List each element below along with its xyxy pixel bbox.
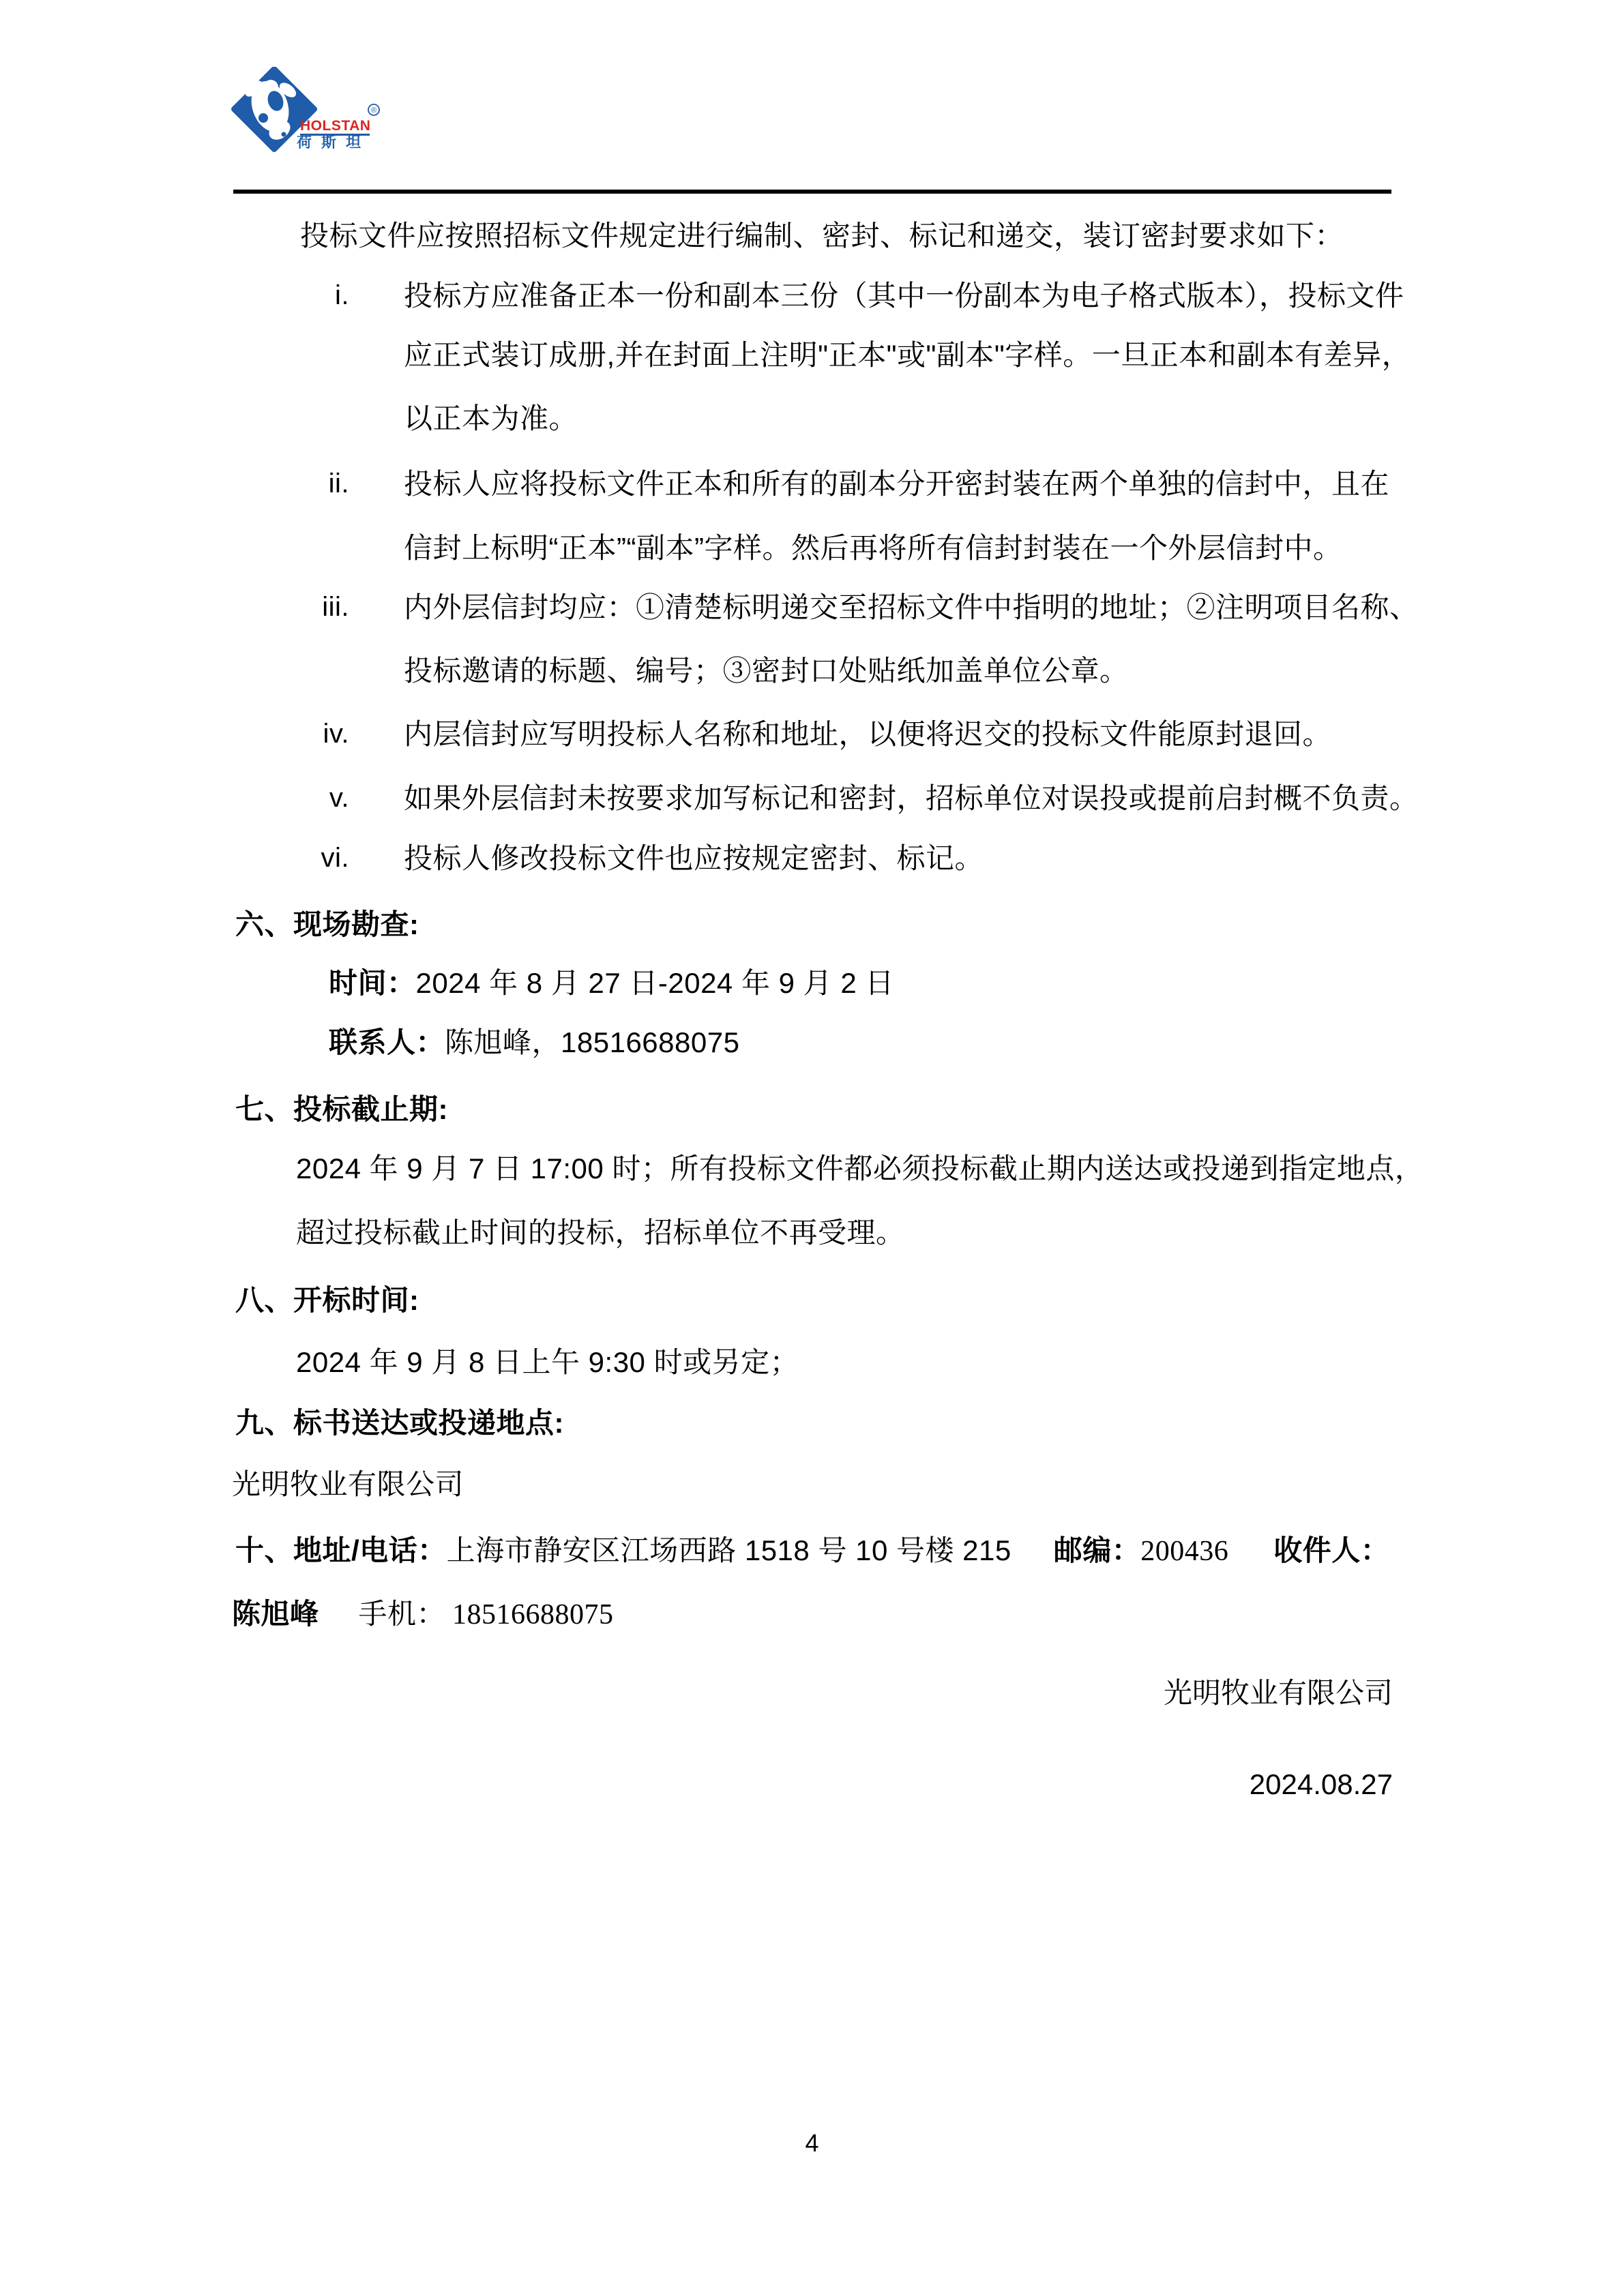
signature-company: 光明牧业有限公司 (1164, 1671, 1393, 1712)
phone-value: 18516688075 (452, 1599, 614, 1630)
time-label: 时间： (329, 967, 416, 999)
brand-text: HOLSTAN (300, 118, 370, 134)
delivery-company: 光明牧业有限公司 (232, 1468, 464, 1501)
opening-line1: 2024 年 9 月 8 日上午 9:30 时或另定； (296, 1346, 799, 1379)
list-item-iv-line1: 内层信封应写明投标人名称和地址，以便将迟交的投标文件能原封退回。 (404, 718, 1331, 751)
list-item-iii-line2: 投标邀请的标题、编号；③密封口处贴纸加盖单位公章。 (404, 655, 1129, 687)
list-marker-v: v. (286, 782, 349, 814)
section-heading-address: 十、地址/电话： (235, 1534, 447, 1566)
postal-value: 200436 (1140, 1536, 1228, 1567)
site-survey-time-line: 时间：2024 年 8 月 27 日-2024 年 9 月 2 日 (329, 967, 894, 1000)
contact-label: 联系人： (329, 1026, 445, 1058)
list-item-i-line2: 应正式装订成册,并在封面上注明"正本"或"副本"字样。一旦正本和副本有差异， (404, 339, 1411, 372)
list-item-ii-line1: 投标人应将投标文件正本和所有的副本分开密封装在两个单独的信封中，且在 (404, 468, 1389, 501)
list-item-ii-line2: 信封上标明“正本”“副本”字样。然后再将所有信封封装在一个外层信封中。 (404, 532, 1342, 565)
recipient-label: 收件人： (1273, 1534, 1389, 1566)
contact-value: 陈旭峰，18516688075 (445, 1026, 739, 1058)
time-value: 2024 年 8 月 27 日-2024 年 9 月 2 日 (416, 967, 894, 999)
section-heading-site-survey: 六、现场勘查: (235, 908, 419, 941)
recipient-name: 陈旭峰 (232, 1598, 319, 1630)
list-item-v-line1: 如果外层信封未按要求加写标记和密封，招标单位对误投或提前启封概不负责。 (404, 782, 1419, 815)
postal-label: 邮编： (1054, 1534, 1141, 1566)
section-heading-opening: 八、开标时间: (235, 1284, 419, 1317)
list-marker-i: i. (286, 280, 349, 311)
list-item-i-line3: 以正本为准。 (404, 402, 578, 435)
signature-date: 2024.08.27 (1250, 1768, 1393, 1801)
list-marker-iv: iv. (286, 718, 349, 749)
document-page: HOLSTAN 荷斯坦 ® 投标文件应按照招标文件规定进行编制、密封、标记和递交… (0, 0, 1624, 2296)
list-marker-vi: vi. (286, 842, 349, 874)
page-number: 4 (0, 2129, 1624, 2158)
section-heading-deadline: 七、投标截止期: (235, 1093, 448, 1126)
address-value: 上海市静安区江场西路 1518 号 10 号楼 215 (447, 1534, 1012, 1566)
header-divider (233, 190, 1391, 194)
list-item-vi-line1: 投标人修改投标文件也应按规定密封、标记。 (404, 842, 984, 875)
holstan-logo: HOLSTAN 荷斯坦 ® (229, 67, 393, 162)
brand-text-cn: 荷斯坦 (297, 134, 370, 151)
recipient-line: 陈旭峰手机：18516688075 (232, 1598, 614, 1631)
site-survey-contact-line: 联系人：陈旭峰，18516688075 (329, 1026, 739, 1059)
list-item-iii-line1: 内外层信封均应：①清楚标明递交至招标文件中指明的地址；②注明项目名称、 (404, 591, 1419, 624)
list-marker-iii: iii. (286, 591, 349, 623)
address-line: 十、地址/电话：上海市静安区江场西路 1518 号 10 号楼 215邮编：20… (235, 1534, 1389, 1568)
deadline-line1: 2024 年 9 月 7 日 17:00 时；所有投标文件都必须投标截止期内送达… (296, 1152, 1423, 1185)
list-item-i-line1: 投标方应准备正本一份和副本三份（其中一份副本为电子格式版本），投标文件 (404, 280, 1404, 312)
intro-paragraph: 投标文件应按照招标文件规定进行编制、密封、标记和递交，装订密封要求如下： (300, 220, 1344, 252)
section-heading-delivery: 九、标书送达或投递地点: (235, 1407, 564, 1440)
registered-trademark-letter: ® (371, 106, 377, 115)
phone-label: 手机： (359, 1598, 446, 1630)
list-marker-ii: ii. (286, 468, 349, 499)
deadline-line2: 超过投标截止时间的投标，招标单位不再受理。 (296, 1217, 905, 1249)
